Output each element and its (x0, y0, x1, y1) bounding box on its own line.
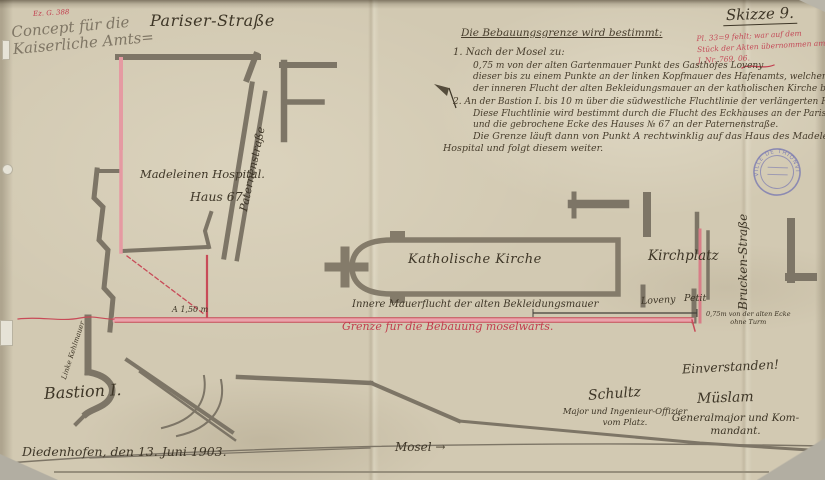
boundary-thin-left (18, 317, 114, 319)
description-line: Die Grenze läuft dann von Punkt A rechtw… (443, 131, 825, 143)
kirchplatz-label: Kirchplatz (648, 249, 719, 265)
haus67-jog (205, 213, 211, 247)
punch-hole (2, 164, 13, 175)
church-label: Katholische Kirche (408, 253, 542, 268)
description-item: 1. Nach der Mosel zu: (443, 47, 825, 58)
street-label-pariser: Pariser-Straße (150, 12, 275, 30)
grenze-label: Grenze für die Bebauung moselwärts. (342, 321, 553, 334)
description-line: dieser bis zu einem Punkte an der linken… (443, 72, 825, 83)
stamp-squiggle (767, 171, 787, 177)
church-annex (390, 231, 405, 240)
mauerflucht-label: Innere Mauerflucht der alten Bekleidungs… (352, 299, 598, 311)
description-line: der inneren Flucht der alten Bekleidungs… (443, 84, 825, 95)
signature-commander: Müslam (697, 389, 754, 407)
description-line: 0,75 m von der alten Gartenmauer Punkt d… (443, 61, 825, 72)
wall-segment (76, 414, 86, 424)
scan-corner (757, 438, 825, 480)
quay-line (238, 377, 371, 383)
stamp-center-marks (766, 164, 788, 177)
hospital-south-wall (122, 247, 208, 251)
sketch-title: Skizze 9. (723, 5, 798, 27)
corner-note-line2: ohne Turm (706, 319, 791, 327)
sig2-role-line2: mandant. (648, 425, 823, 438)
description-item: 2. An der Bastion I. bis 10 m über die s… (443, 97, 825, 108)
scan-corner (799, 0, 825, 12)
stamp-squiggle (768, 164, 788, 170)
haus67-label: Haus 67 (190, 190, 243, 204)
street-label-bruecken: Brucken-Straße (737, 214, 751, 310)
owner-label-petit: Petit (684, 294, 706, 305)
description-block: Die Bebauungsgrenze wird bestimmt: 1. Na… (443, 27, 825, 155)
river-label: Mosel → (395, 441, 445, 455)
corner-measure-note: 0,75m von der alten Ecke ohne Turm (706, 311, 791, 326)
west-city-wall (94, 170, 113, 330)
signature-commander-role: Generalmajor und Kom- mandant. (648, 412, 823, 438)
description-line: Hospital und folgt diesem weiter. (443, 143, 825, 155)
owner-label-loveny: Loveny (641, 295, 676, 308)
description-line: Diese Fluchtlinie wird bestimmt durch di… (443, 109, 825, 120)
quay-line (371, 383, 459, 421)
scan-corner (0, 454, 58, 480)
edge-tab (2, 40, 10, 60)
description-line: und die gebrochene Ecke des Hauses № 67 … (443, 120, 825, 131)
sig2-role-line1: Generalmajor und Kom- (648, 412, 823, 425)
hospital-label: Madeleinen Hospital. (140, 168, 265, 181)
scanned-plan-sheet: VILLE DE THIONVILLE Concept für die Kais… (0, 0, 825, 480)
description-heading: Die Bebauungsgrenze wird bestimmt: (443, 27, 825, 39)
point-a-note: A 1,50 m (172, 305, 208, 314)
edge-tab (0, 320, 13, 346)
